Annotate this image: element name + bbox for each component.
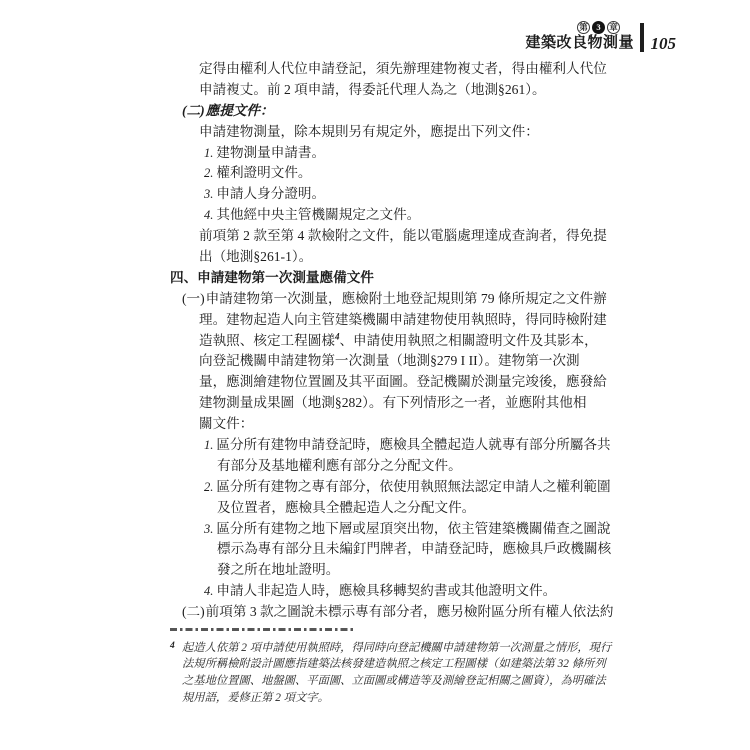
book-page: 第 3 章 建築改良物測量 105 定得由權利人代位申請登記，須先辦理建物複丈者… bbox=[0, 0, 750, 750]
page-number: 105 bbox=[651, 35, 677, 52]
text-line: 前項第 2 款至第 4 款檢附之文件，能以電腦處理達成查詢者，得免提 bbox=[170, 226, 615, 247]
list-number: 2. bbox=[204, 480, 216, 494]
list-item: 1.區分所有建物申請登記時，應檢具全體起造人就專有部分所屬各共 bbox=[170, 435, 615, 456]
section-heading: 四、申請建物第一次測量應備文件 bbox=[170, 268, 615, 289]
item-marker: (二) bbox=[182, 103, 206, 118]
list-number: 1. bbox=[204, 146, 216, 160]
text-line: 出（地測§261-1）。 bbox=[170, 247, 615, 268]
chapter-suffix-badge: 章 bbox=[607, 21, 620, 34]
footnote-separator bbox=[170, 628, 354, 631]
list-number: 4. bbox=[204, 584, 216, 598]
list-item: 4.其他經中央主管機關規定之文件。 bbox=[170, 205, 615, 226]
list-number: 3. bbox=[204, 522, 216, 536]
list-number: 2. bbox=[204, 166, 216, 180]
text-line: 關文件： bbox=[170, 414, 615, 435]
footnote-marker: 4 bbox=[170, 638, 175, 655]
footnote-line: 規用語，爰修正第 2 項文字。 bbox=[170, 690, 620, 707]
chapter-badge: 第 3 章 bbox=[577, 21, 620, 34]
text-line: (二)前項第 3 款之圖說未標示專有部分者，應另檢附區分所有權人依法約 bbox=[170, 602, 615, 623]
content-area: 定得由權利人代位申請登記，須先辦理建物複丈者，得由權利人代位 申請複丈。前 2 … bbox=[170, 59, 615, 623]
text-line: 理。建物起造人向主管建築機關申請建物使用執照時，得同時檢附建 bbox=[170, 310, 615, 331]
item-marker: (二) bbox=[182, 604, 206, 619]
text-line: 申請複丈。前 2 項申請，得委託代理人為之（地測§261）。 bbox=[170, 80, 615, 101]
text-line: 造執照、核定工程圖樣4、申請使用執照之相關證明文件及其影本， bbox=[170, 331, 615, 352]
text-line: 發之所在地址證明。 bbox=[170, 560, 615, 581]
list-number: 3. bbox=[204, 187, 216, 201]
text-line: 量，應測繪建物位置圖及其平面圖。登記機關於測量完竣後，應發給 bbox=[170, 372, 615, 393]
list-item: 2.權利證明文件。 bbox=[170, 163, 615, 184]
chapter-block: 第 3 章 建築改良物測量 bbox=[525, 21, 634, 52]
page-header: 第 3 章 建築改良物測量 105 bbox=[0, 21, 676, 52]
chapter-prefix-badge: 第 bbox=[577, 21, 590, 34]
header-divider bbox=[640, 23, 644, 52]
text-line: 建物測量成果圖（地測§282）。有下列情形之一者，並應附其他相 bbox=[170, 393, 615, 414]
footnote: 4起造人依第 2 項申請使用執照時，得同時向登記機關申請建物第一次測量之情形，現… bbox=[170, 628, 620, 707]
text-line: (一)申請建物第一次測量，應檢附土地登記規則第 79 條所規定之文件辦 bbox=[170, 289, 615, 310]
text-line: 有部分及基地權利應有部分之分配文件。 bbox=[170, 456, 615, 477]
text-line: 及位置者，應檢具全體起造人之分配文件。 bbox=[170, 498, 615, 519]
text-line: 向登記機關申請建物第一次測量（地測§279 I II）。建物第一次測 bbox=[170, 351, 615, 372]
footnote-line: 之基地位置圖、地盤圖、平面圖、立面圖或構造等及測繪登記相關之圖資），為明確法 bbox=[170, 673, 620, 690]
text-line: 標示為專有部分且未編釘門牌者，申請登記時，應檢具戶政機關核 bbox=[170, 539, 615, 560]
list-number: 4. bbox=[204, 208, 216, 222]
text-line: 申請建物測量，除本規則另有規定外，應提出下列文件： bbox=[170, 122, 615, 143]
footnote-line: 4起造人依第 2 項申請使用執照時，得同時向登記機關申請建物第一次測量之情形，現… bbox=[170, 640, 620, 657]
chapter-number-badge: 3 bbox=[592, 21, 605, 34]
list-item: 1.建物測量申請書。 bbox=[170, 143, 615, 164]
chapter-title: 建築改良物測量 bbox=[525, 36, 634, 52]
list-item: 3.申請人身分證明。 bbox=[170, 184, 615, 205]
subsection-heading: (二)應提文件： bbox=[170, 101, 615, 122]
list-item: 3.區分所有建物之地下層或屋頂突出物，依主管建築機關備查之圖說 bbox=[170, 519, 615, 540]
list-number: 1. bbox=[204, 438, 216, 452]
text-line: 定得由權利人代位申請登記，須先辦理建物複丈者，得由權利人代位 bbox=[170, 59, 615, 80]
list-item: 2.區分所有建物之專有部分，依使用執照無法認定申請人之權利範圍 bbox=[170, 477, 615, 498]
list-item: 4.申請人非起造人時，應檢具移轉契約書或其他證明文件。 bbox=[170, 581, 615, 602]
item-marker: (一) bbox=[182, 291, 206, 306]
footnote-line: 法規所稱檢附設計圖應指建築法核發建造執照之核定工程圖樣（如建築法第 32 條所列 bbox=[170, 656, 620, 673]
